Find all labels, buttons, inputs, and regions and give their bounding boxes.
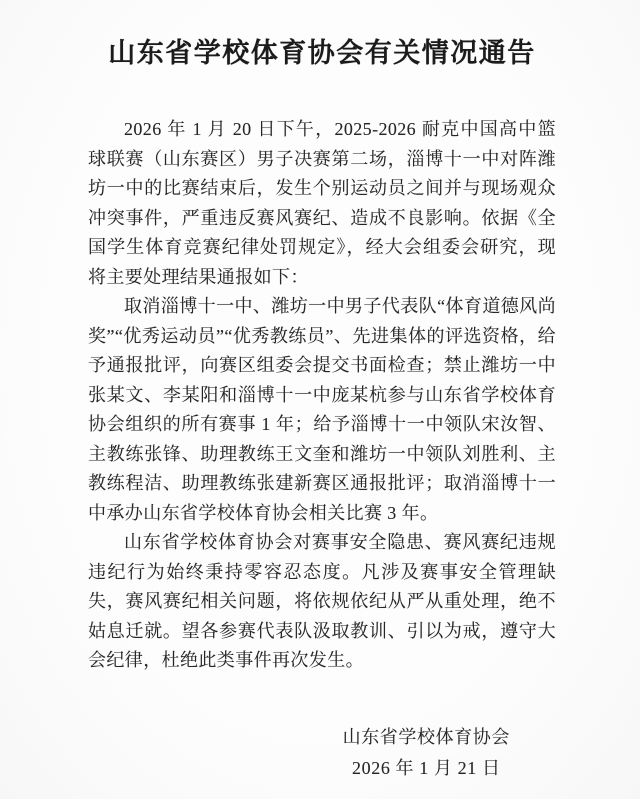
signature-block: 山东省学校体育协会 2026 年 1 月 21 日 [343,722,510,784]
notice-document: 山东省学校体育协会有关情况通告 2026 年 1 月 20 日下午，2025-2… [0,0,640,799]
paragraph-zero-tolerance-statement: 山东省学校体育协会对赛事安全隐患、赛风赛纪违规违纪行为始终秉持零容忍态度。凡涉及… [88,528,556,676]
issue-date: 2026 年 1 月 21 日 [343,753,510,784]
issuing-organization: 山东省学校体育协会 [343,722,510,753]
document-title: 山东省学校体育协会有关情况通告 [88,31,556,70]
paragraph-incident-description: 2026 年 1 月 20 日下午，2025-2026 耐克中国高中篮球联赛（山… [88,115,556,292]
paragraph-punishment-decisions: 取消淄博十一中、潍坊一中男子代表队“体育道德风尚奖”“优秀运动员”“优秀教练员”… [88,292,556,528]
